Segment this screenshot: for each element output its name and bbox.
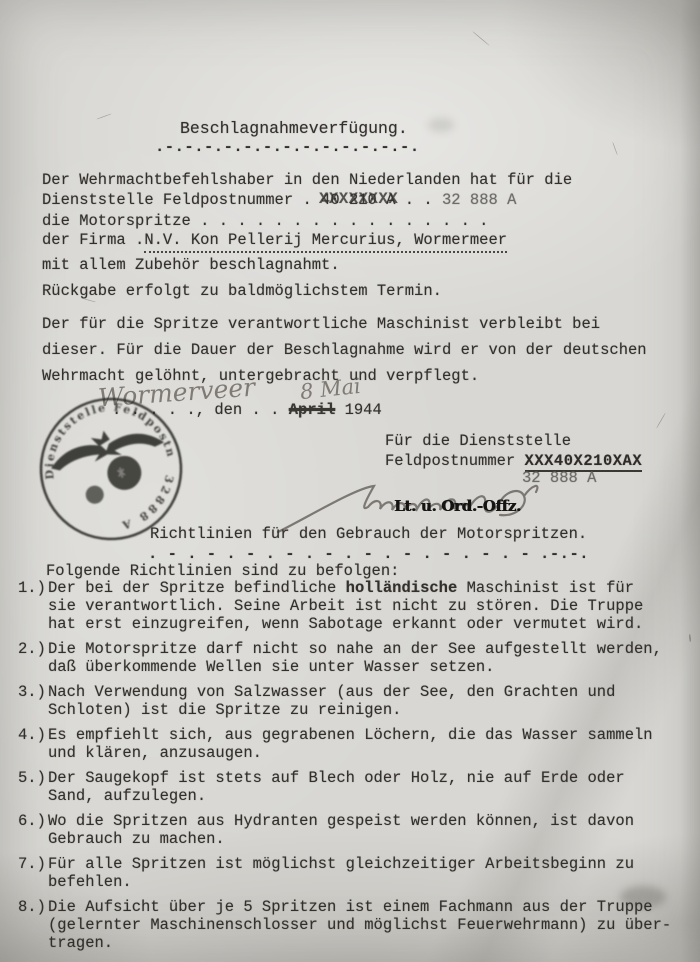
body-line-5: mit allem Zubehör beschlagnahmt. bbox=[42, 256, 340, 274]
item-text: Für alle Spritzen ist möglichst gleichze… bbox=[48, 855, 634, 891]
item-text: Es empfiehlt sich, aus gegrabenen Löcher… bbox=[48, 726, 653, 762]
item-number: 4.) bbox=[18, 726, 48, 762]
guidelines-underline: . - . - . - . - . - . - . - . - . - . - … bbox=[148, 545, 589, 563]
list-item: 2.) Die Motorspritze darf nicht so nahe … bbox=[18, 640, 694, 676]
paper-fiber bbox=[612, 142, 618, 155]
body-line-6: Rückgabe erfolgt zu baldmöglichstem Term… bbox=[42, 282, 442, 300]
title-underline: .-.-.-.-.-.-.-.-.-.-.-.-.-. bbox=[155, 138, 420, 156]
for-office-line: Für die Dienststelle bbox=[385, 432, 571, 450]
body-line-3: die Motorspritze . . . . . . . . . . . .… bbox=[42, 212, 488, 230]
fieldpost-number-old: 40 210 AXXXXXXXX bbox=[321, 191, 395, 209]
firm-label: der Firma . bbox=[42, 231, 144, 249]
item-text: Wo die Spritzen aus Hydranten gespeist w… bbox=[48, 812, 634, 848]
fieldpost-label: Dienststelle Feldpostnummer . bbox=[42, 191, 321, 209]
body-line-2: Dienststelle Feldpostnummer . 40 210 AXX… bbox=[42, 191, 516, 209]
dot-leader: . . bbox=[405, 191, 433, 209]
list-item: 6.) Wo die Spritzen aus Hydranten gespei… bbox=[18, 812, 694, 848]
fieldpost-number-new: 32 888 A bbox=[442, 191, 516, 209]
list-item: 7.) Für alle Spritzen ist möglichst glei… bbox=[18, 855, 694, 891]
item-number: 3.) bbox=[18, 683, 48, 719]
month-struck: April bbox=[289, 401, 336, 419]
year: 1944 bbox=[345, 401, 382, 419]
handwritten-date: 8 Mai bbox=[299, 374, 362, 404]
guidelines-intro: Folgende Richtlinien sind zu befolgen: bbox=[46, 562, 399, 580]
document-title: Beschlagnahmeverfügung. bbox=[180, 119, 408, 138]
guidelines-heading: Richtlinien für den Gebrauch der Motorsp… bbox=[150, 525, 587, 543]
paper-fiber bbox=[656, 412, 666, 428]
guidelines-list: 1.) Der bei der Spritze befindliche holl… bbox=[18, 579, 694, 959]
body-line-4: der Firma .N.V. Kon Pellerij Mercurius, … bbox=[42, 231, 507, 249]
list-item: 1.) Der bei der Spritze befindliche holl… bbox=[18, 579, 694, 633]
item-number: 6.) bbox=[18, 812, 48, 848]
item-number: 5.) bbox=[18, 769, 48, 805]
emphasized-word: holländische bbox=[346, 579, 458, 597]
item-text: Nach Verwendung von Salzwasser (aus der … bbox=[48, 683, 615, 719]
list-item: 8.) Die Aufsicht über je 5 Spritzen ist … bbox=[18, 898, 694, 952]
firm-name: N.V. Kon Pellerij Mercurius, Wormermeer bbox=[144, 231, 507, 253]
item-number: 8.) bbox=[18, 898, 48, 952]
ink-stain bbox=[428, 118, 454, 132]
item-number: 1.) bbox=[18, 579, 48, 633]
item-text: Der bei der Spritze befindliche holländi… bbox=[48, 579, 643, 633]
paper-fiber bbox=[96, 113, 111, 119]
document-page: Beschlagnahmeverfügung. .-.-.-.-.-.-.-.-… bbox=[0, 0, 700, 962]
list-item: 4.) Es empfiehlt sich, aus gegrabenen Lö… bbox=[18, 726, 694, 762]
overstrike-x-marks: XXXXXXXX bbox=[319, 190, 398, 208]
paper-fiber bbox=[472, 31, 489, 46]
body-line-1: Der Wehrmachtbefehlshaber in den Niederl… bbox=[42, 171, 572, 189]
item-number: 7.) bbox=[18, 855, 48, 891]
list-item: 3.) Nach Verwendung von Salzwasser (aus … bbox=[18, 683, 694, 719]
item-text: Die Motorspritze darf nicht so nahe an d… bbox=[48, 640, 662, 676]
item-text: Der Saugekopf ist stets auf Blech oder H… bbox=[48, 769, 625, 805]
item-number: 2.) bbox=[18, 640, 48, 676]
rank-stamp-text: Lt. u. Ord.-Offz. bbox=[394, 497, 521, 515]
item-text: Die Aufsicht über je 5 Spritzen ist eine… bbox=[48, 898, 671, 952]
list-item: 5.) Der Saugekopf ist stets auf Blech od… bbox=[18, 769, 694, 805]
